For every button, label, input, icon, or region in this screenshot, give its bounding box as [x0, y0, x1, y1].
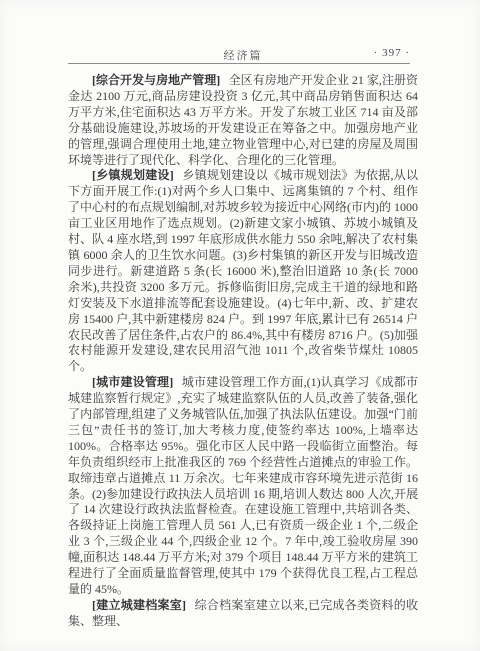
text-block: 经济篇 · 397 · [综合开发与房地产管理]全区有房地产开发企业 21 家,…: [68, 0, 418, 630]
paragraph-text: 乡镇规划建设以《城市规划法》为依据,从以下方面开展工作:(1)对两个乡人口集中、…: [68, 168, 418, 373]
page-body: [综合开发与房地产管理]全区有房地产开发企业 21 家,注册资金达 2100 万…: [68, 73, 418, 630]
paragraph-housing-development: [综合开发与房地产管理]全区有房地产开发企业 21 家,注册资金达 2100 万…: [68, 73, 418, 168]
paragraph-text: 城市建设管理工作方面,(1)认真学习《成都市城建监察暂行规定》,充实了城建监察队…: [68, 375, 418, 596]
paragraph-urban-construction-management: [城市建设管理]城市建设管理工作方面,(1)认真学习《成都市城建监察暂行规定》,…: [68, 375, 418, 598]
page-number: · 397 ·: [374, 47, 410, 59]
running-head-title: 经济篇: [224, 50, 263, 62]
paragraph-construction-archives: [建立城建档案室]综合档案室建立以来,已完成各类资料的收集、整理、: [68, 598, 418, 630]
section-heading: [综合开发与房地产管理]: [92, 73, 220, 87]
paragraph-township-planning: [乡镇规划建设]乡镇规划建设以《城市规划法》为依据,从以下方面开展工作:(1)对…: [68, 168, 418, 375]
section-heading: [建立城建档案室]: [92, 598, 186, 612]
section-heading: [城市建设管理]: [92, 375, 173, 389]
page-header: 经济篇 · 397 ·: [68, 47, 418, 61]
paragraph-text: 全区有房地产开发企业 21 家,注册资金达 2100 万元,商品房建设投资 3 …: [68, 73, 418, 167]
header-rule: [68, 63, 410, 64]
scanned-page: 经济篇 · 397 · [综合开发与房地产管理]全区有房地产开发企业 21 家,…: [0, 0, 480, 651]
section-heading: [乡镇规划建设]: [92, 168, 174, 182]
